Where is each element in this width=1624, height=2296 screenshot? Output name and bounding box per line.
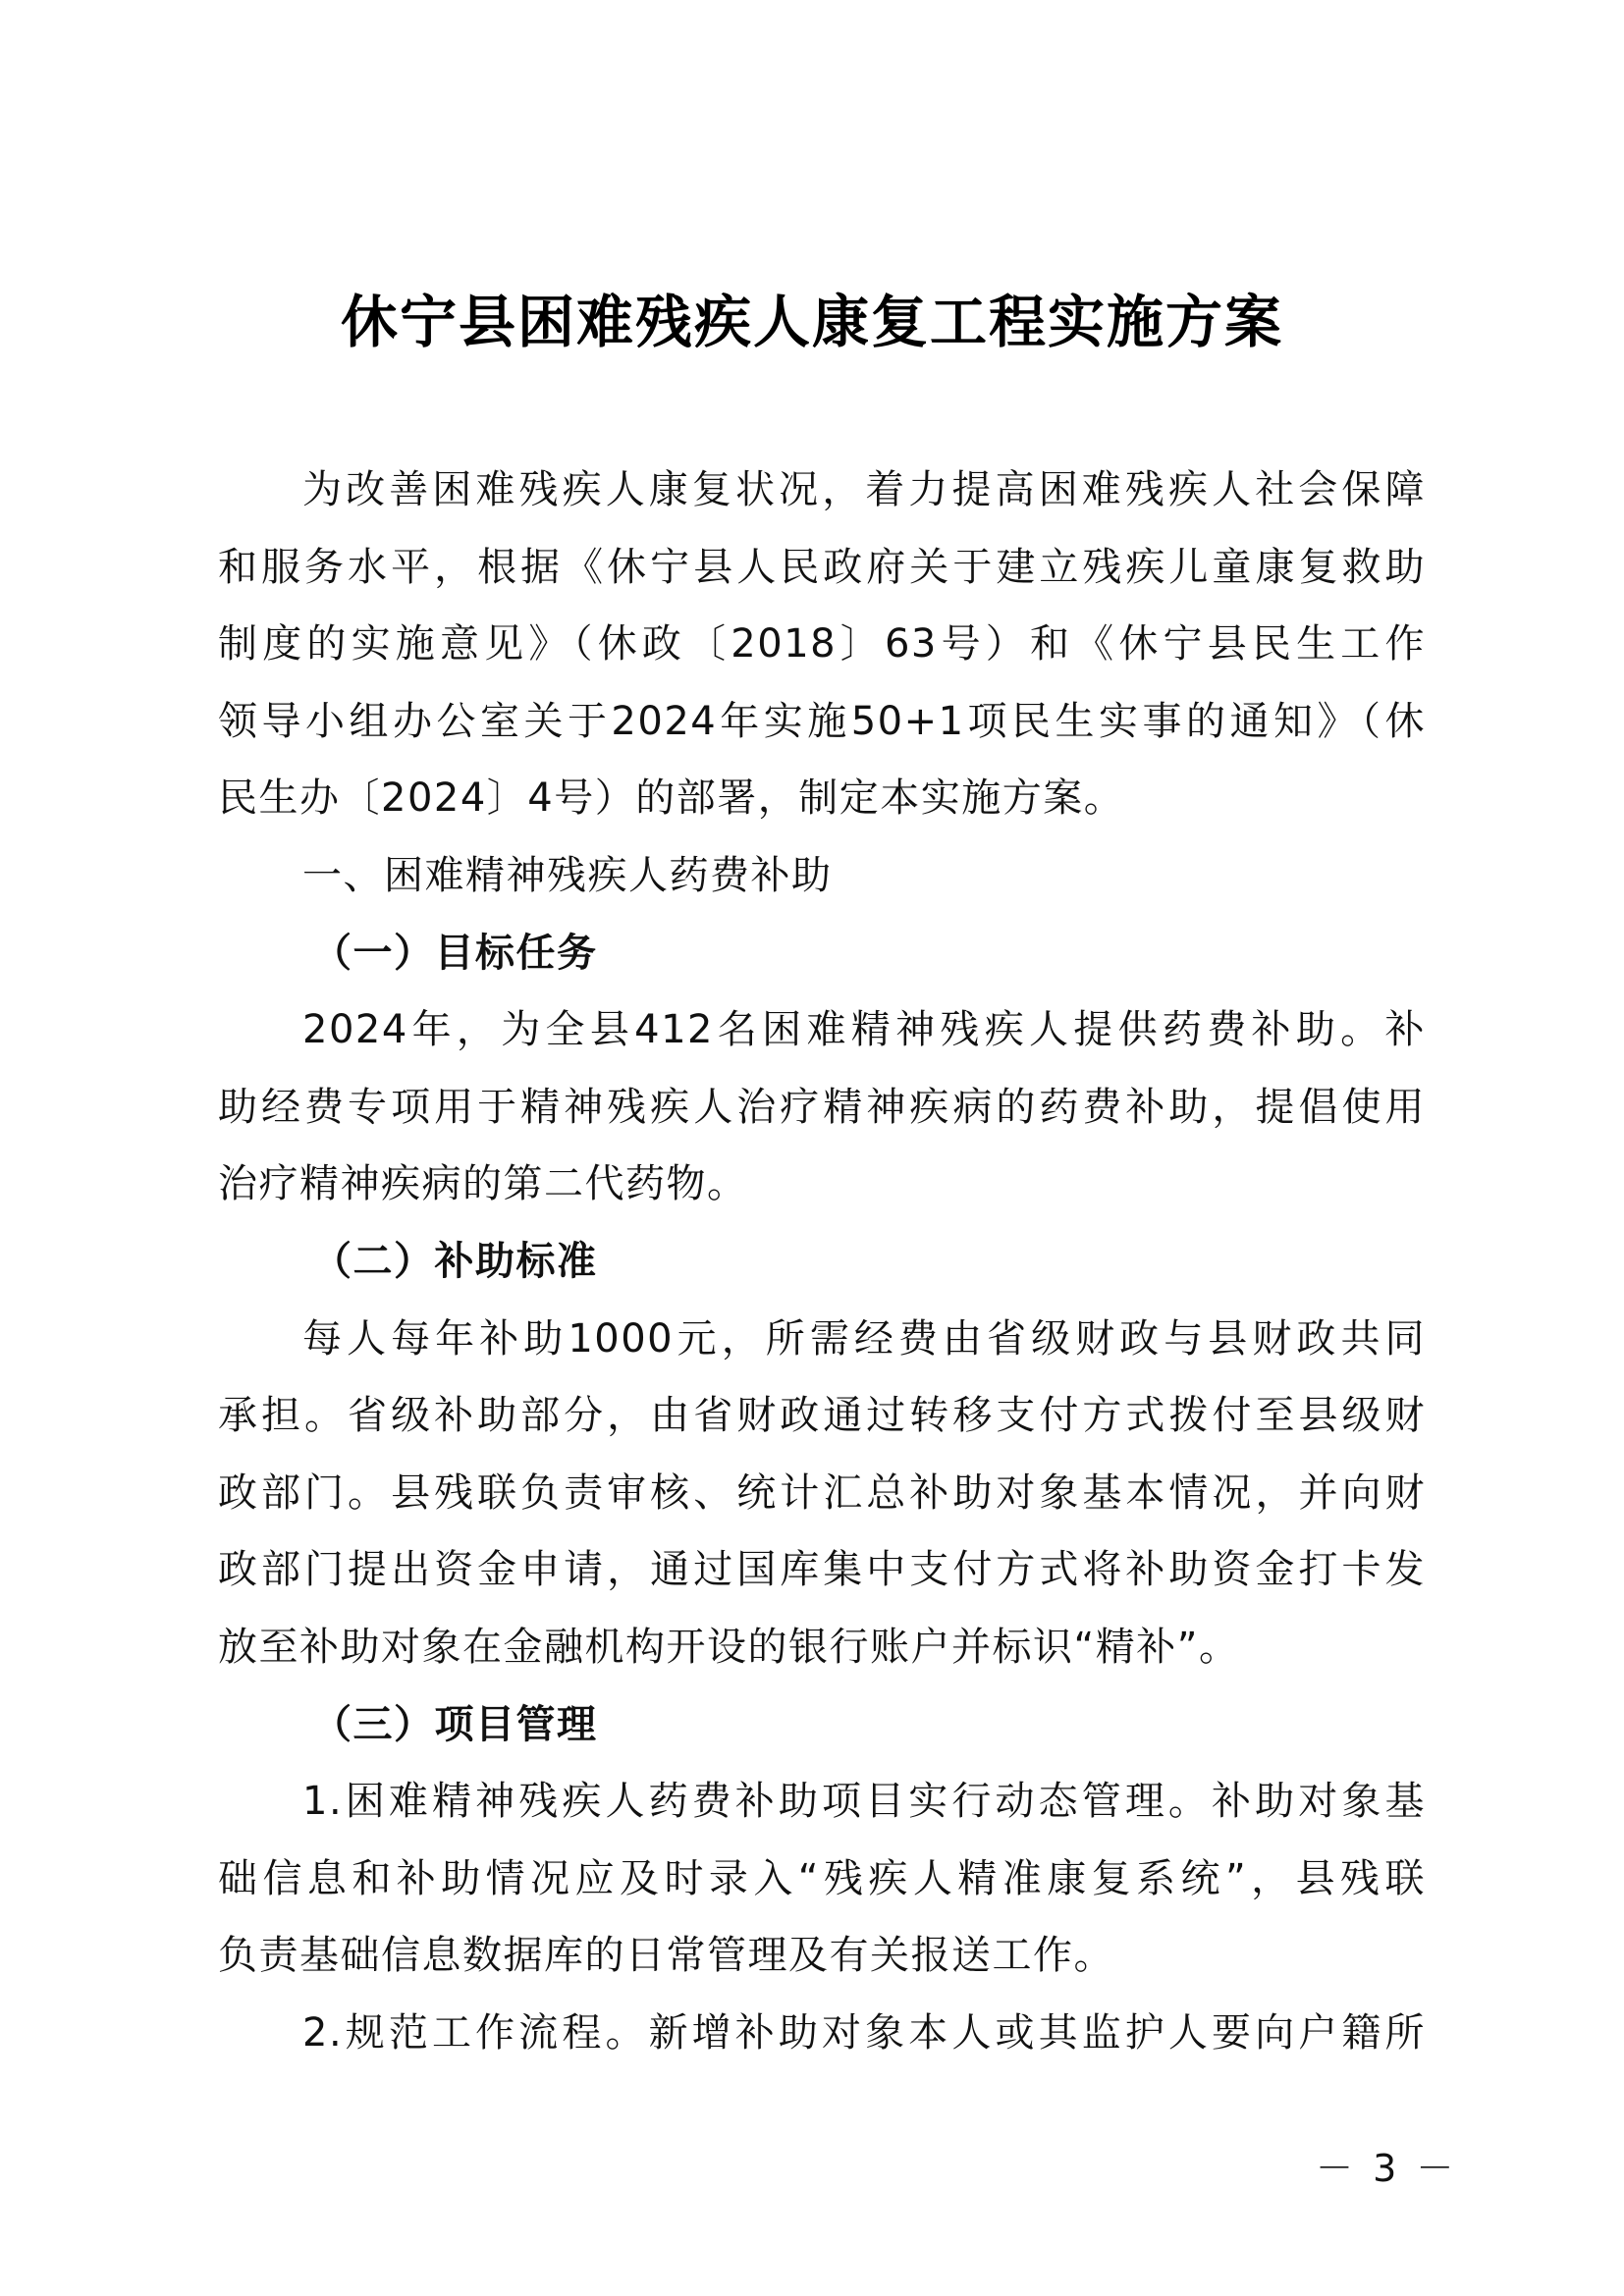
paragraph-line: 和服务水平，根据《休宁县人民政府关于建立残疾儿童康复救助 [218, 529, 1426, 607]
page-number: － 3 － [1316, 2138, 1457, 2192]
paragraph-line: 放至补助对象在金融机构开设的银行账户并标识“精补”。 [218, 1609, 1426, 1686]
subsection-heading: （三）项目管理 [218, 1686, 1426, 1764]
paragraph-line: 2024年，为全县412名困难精神残疾人提供药费补助。补 [218, 991, 1426, 1069]
paragraph-line: 2.规范工作流程。新增补助对象本人或其监护人要向户籍所 [218, 1995, 1426, 2072]
paragraph-line: 承担。省级补助部分，由省财政通过转移支付方式拨付至县级财 [218, 1377, 1426, 1455]
paragraph-line: 础信息和补助情况应及时录入“残疾人精准康复系统”，县残联 [218, 1841, 1426, 1918]
paragraph-line: 领导小组办公室关于2024年实施50+1项民生实事的通知》（休 [218, 683, 1426, 761]
paragraph-line: 为改善困难残疾人康复状况，着力提高困难残疾人社会保障 [218, 452, 1426, 529]
section-heading: 一、困难精神残疾人药费补助 [218, 837, 1426, 915]
paragraph-line: 政部门提出资金申请，通过国库集中支付方式将补助资金打卡发 [218, 1531, 1426, 1609]
subsection-heading: （二）补助标准 [218, 1223, 1426, 1301]
paragraph-line: 治疗精神疾病的第二代药物。 [218, 1146, 1426, 1223]
paragraph-line: 每人每年补助1000元，所需经费由省级财政与县财政共同 [218, 1301, 1426, 1378]
paragraph-line: 负责基础信息数据库的日常管理及有关报送工作。 [218, 1917, 1426, 1995]
document-page: 休宁县困难残疾人康复工程实施方案 为改善困难残疾人康复状况，着力提高困难残疾人社… [0, 0, 1624, 2296]
paragraph-line: 1.困难精神残疾人药费补助项目实行动态管理。补助对象基 [218, 1763, 1426, 1841]
document-title: 休宁县困难残疾人康复工程实施方案 [0, 283, 1624, 361]
paragraph-line: 政部门。县残联负责审核、统计汇总补助对象基本情况，并向财 [218, 1455, 1426, 1532]
document-body: 为改善困难残疾人康复状况，着力提高困难残疾人社会保障 和服务水平，根据《休宁县人… [218, 452, 1426, 2071]
paragraph-line: 民生办〔2024〕4号）的部署，制定本实施方案。 [218, 760, 1426, 837]
subsection-heading: （一）目标任务 [218, 915, 1426, 992]
paragraph-line: 助经费专项用于精神残疾人治疗精神疾病的药费补助，提倡使用 [218, 1069, 1426, 1147]
paragraph-line: 制度的实施意见》（休政〔2018〕63号）和《休宁县民生工作 [218, 606, 1426, 683]
